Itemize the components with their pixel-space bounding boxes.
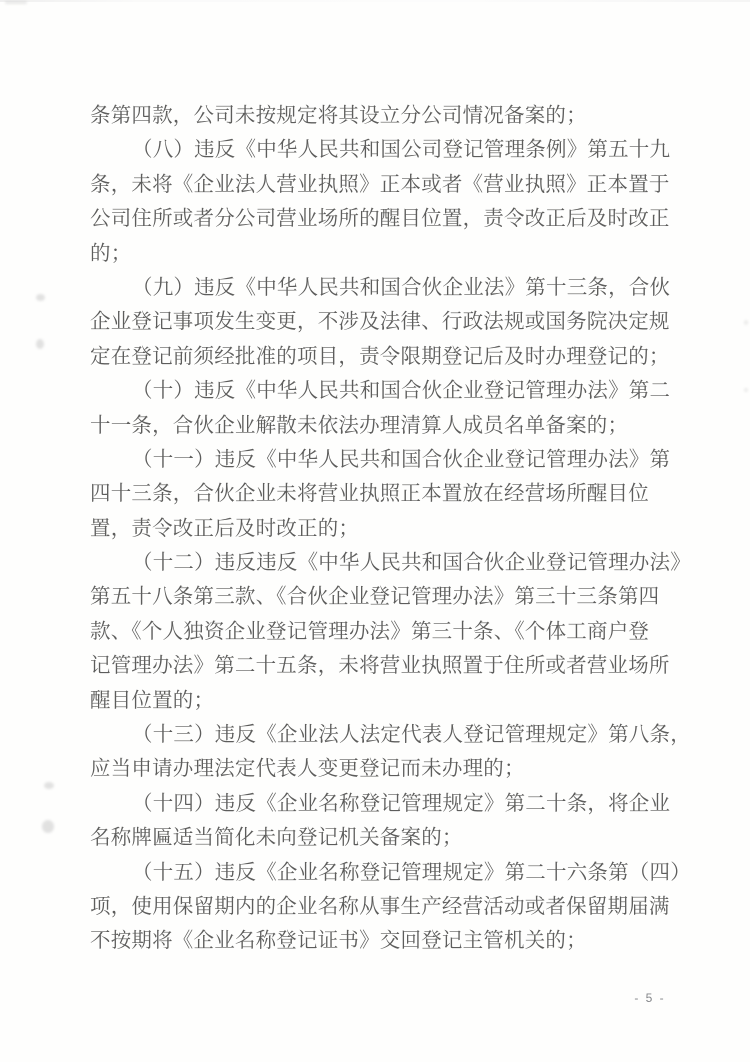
text-line: 公司住所或者分公司营业场所的醒目位置，责令改正后及时改正	[90, 206, 670, 240]
text-line: （十一）违反《中华人民共和国合伙企业登记管理办法》第	[90, 447, 670, 481]
text-line: 条第四款，公司未按规定将其设立分公司情况备案的；	[90, 103, 670, 137]
text-line: 第五十八条第三款、《合伙企业登记管理办法》第三十三条第四	[90, 584, 670, 618]
text-line: （十）违反《中华人民共和国合伙企业登记管理办法》第二	[90, 378, 670, 412]
text-line: 四十三条，合伙企业未将营业执照正本置放在经营场所醒目位	[90, 481, 670, 515]
text-line: 应当申请办理法定代表人变更登记而未办理的；	[90, 756, 670, 790]
text-line: 条，未将《企业法人营业执照》正本或者《营业执照》正本置于	[90, 172, 670, 206]
text-line: 十一条，合伙企业解散未依法办理清算人成员名单备案的；	[90, 413, 670, 447]
text-line: 项，使用保留期内的企业名称从事生产经营活动或者保留期届满	[90, 894, 670, 928]
text-line: 的；	[90, 241, 670, 275]
text-line: （十二）违反违反《中华人民共和国合伙企业登记管理办法》	[90, 550, 670, 584]
scan-artifact	[36, 339, 44, 349]
text-line: （十三）违反《企业法人法定代表人登记管理规定》第八条，	[90, 722, 670, 756]
text-line: 醒目位置的；	[90, 688, 670, 722]
scan-artifact	[44, 782, 54, 789]
text-line: （八）违反《中华人民共和国公司登记管理条例》第五十九	[90, 137, 670, 171]
scan-artifact	[42, 820, 54, 833]
text-line: 定在登记前须经批准的项目，责令限期登记后及时办理登记的；	[90, 344, 670, 378]
scan-edge-shadow	[0, 0, 750, 2]
text-line: （十五）违反《企业名称登记管理规定》第二十六条第（四）	[90, 860, 670, 894]
text-line: 记管理办法》第二十五条，未将营业执照置于住所或者营业场所	[90, 653, 670, 687]
text-line: 不按期将《企业名称登记证书》交回登记主管机关的；	[90, 928, 670, 962]
scan-artifact	[744, 320, 748, 325]
text-line: 置，责令改正后及时改正的；	[90, 516, 670, 550]
scan-artifact	[5, 1, 27, 4]
text-line: （十四）违反《企业名称登记管理规定》第二十条，将企业	[90, 791, 670, 825]
text-line: 名称牌匾适当简化未向登记机关备案的；	[90, 825, 670, 859]
page-body-text: 条第四款，公司未按规定将其设立分公司情况备案的；（八）违反《中华人民共和国公司登…	[90, 103, 670, 963]
page-number: - 5 -	[620, 991, 680, 1005]
scan-artifact	[744, 388, 748, 392]
scan-artifact	[36, 294, 45, 301]
document-page: 条第四款，公司未按规定将其设立分公司情况备案的；（八）违反《中华人民共和国公司登…	[0, 0, 750, 1062]
text-line: （九）违反《中华人民共和国合伙企业法》第十三条，合伙	[90, 275, 670, 309]
text-line: 款、《个人独资企业登记管理办法》第三十条、《个体工商户登	[90, 619, 670, 653]
text-line: 企业登记事项发生变更，不涉及法律、行政法规或国务院决定规	[90, 309, 670, 343]
